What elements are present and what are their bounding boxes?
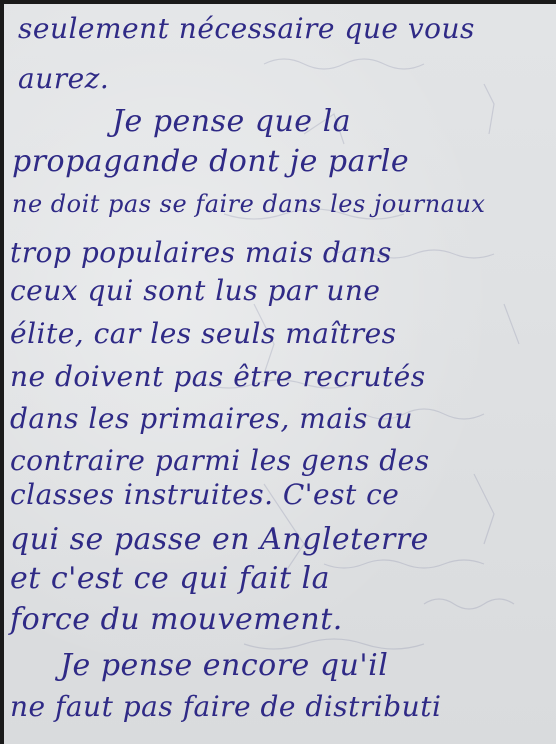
letter-line-12: classes instruites. C'est ce xyxy=(10,478,399,511)
letter-line-14: et c'est ce qui fait la xyxy=(10,561,330,596)
letter-line-5: ne doit pas se faire dans les journaux xyxy=(12,190,485,218)
letter-line-8: élite, car les seuls maîtres xyxy=(10,317,397,350)
letter-page: seulement nécessaire que vous aurez. Je … xyxy=(4,4,556,744)
letter-line-9: ne doivent pas être recrutés xyxy=(10,360,426,393)
letter-line-13: qui se passe en Angleterre xyxy=(10,522,429,557)
letter-line-2: aurez. xyxy=(18,62,109,95)
letter-line-17: ne faut pas faire de distributi xyxy=(10,690,441,723)
letter-line-10: dans les primaires, mais au xyxy=(10,402,413,435)
letter-line-3: Je pense que la xyxy=(112,104,351,139)
letter-line-4: propagande dont je parle xyxy=(12,144,409,179)
letter-line-6: trop populaires mais dans xyxy=(10,236,392,269)
letter-line-16: Je pense encore qu'il xyxy=(60,648,388,683)
letter-line-1: seulement nécessaire que vous xyxy=(18,12,475,45)
letter-line-15: force du mouvement. xyxy=(10,602,343,637)
letter-line-7: ceux qui sont lus par une xyxy=(10,274,381,307)
letter-line-11: contraire parmi les gens des xyxy=(10,444,430,477)
